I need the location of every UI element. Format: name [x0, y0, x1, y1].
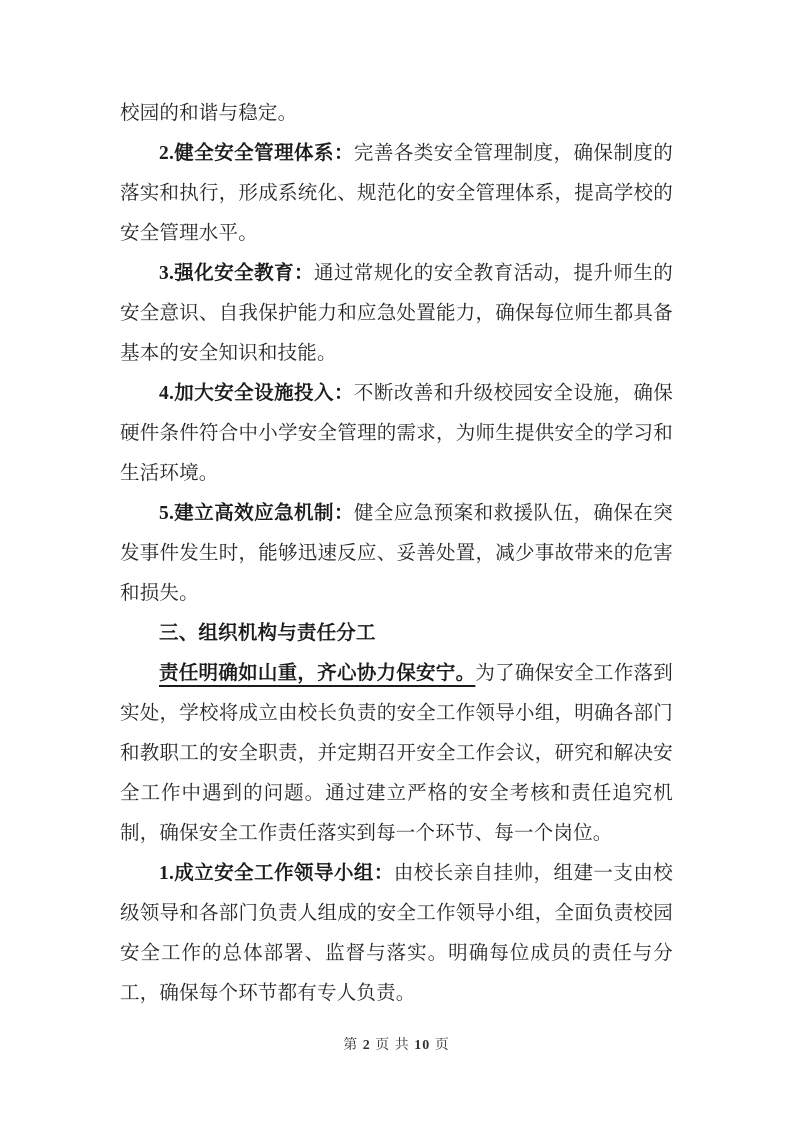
paragraph-item-5-lead: 5.建立高效应急机制：: [159, 503, 354, 524]
paragraph-item-1: 1.成立安全工作领导小组：由校长亲自挂帅，组建一支由校级领导和各部门负责人组成的…: [120, 854, 673, 1014]
paragraph-item-4: 4.加大安全设施投入：不断改善和升级校园安全设施，确保硬件条件符合中小学安全管理…: [120, 374, 673, 494]
paragraph-item-2-lead: 2.健全安全管理体系：: [159, 143, 354, 164]
document-page: 校园的和谐与稳定。 2.健全安全管理体系：完善各类安全管理制度，确保制度的落实和…: [0, 0, 793, 1122]
paragraph-continuation: 校园的和谐与稳定。: [120, 94, 673, 134]
paragraph-item-2: 2.健全安全管理体系：完善各类安全管理制度，确保制度的落实和执行，形成系统化、规…: [120, 134, 673, 254]
paragraph-item-3-lead: 3.强化安全教育：: [159, 263, 314, 284]
section-heading-3: 三、组织机构与责任分工: [120, 614, 673, 654]
paragraph-item-4-lead: 4.加大安全设施投入：: [159, 383, 354, 404]
paragraph-item-1-body: 由校长亲自挂帅，组建一支由校级领导和各部门负责人组成的安全工作领导小组，全面负责…: [120, 863, 673, 1004]
paragraph-item-5: 5.建立高效应急机制：健全应急预案和救援队伍，确保在突发事件发生时，能够迅速反应…: [120, 494, 673, 614]
footer-page-number: 2: [363, 1038, 371, 1053]
footer-label-di: 第: [343, 1038, 358, 1053]
paragraph-motto-body: 为了确保安全工作落到实处，学校将成立由校长负责的安全工作领导小组，明确各部门和教…: [120, 663, 673, 844]
paragraph-item-3: 3.强化安全教育：通过常规化的安全教育活动，提升师生的安全意识、自我保护能力和应…: [120, 254, 673, 374]
footer-total-pages: 10: [414, 1038, 430, 1053]
footer-label-ye-gong: 页 共: [375, 1038, 410, 1053]
paragraph-motto: 责任明确如山重，齐心协力保安宁。为了确保安全工作落到实处，学校将成立由校长负责的…: [120, 654, 673, 854]
footer-label-ye: 页: [435, 1038, 450, 1053]
page-footer: 第 2 页 共 10 页: [0, 1036, 793, 1056]
document-body: 校园的和谐与稳定。 2.健全安全管理体系：完善各类安全管理制度，确保制度的落实和…: [120, 94, 673, 1014]
paragraph-motto-lead: 责任明确如山重，齐心协力保安宁。: [159, 663, 475, 684]
paragraph-item-1-lead: 1.成立安全工作领导小组：: [159, 863, 394, 884]
